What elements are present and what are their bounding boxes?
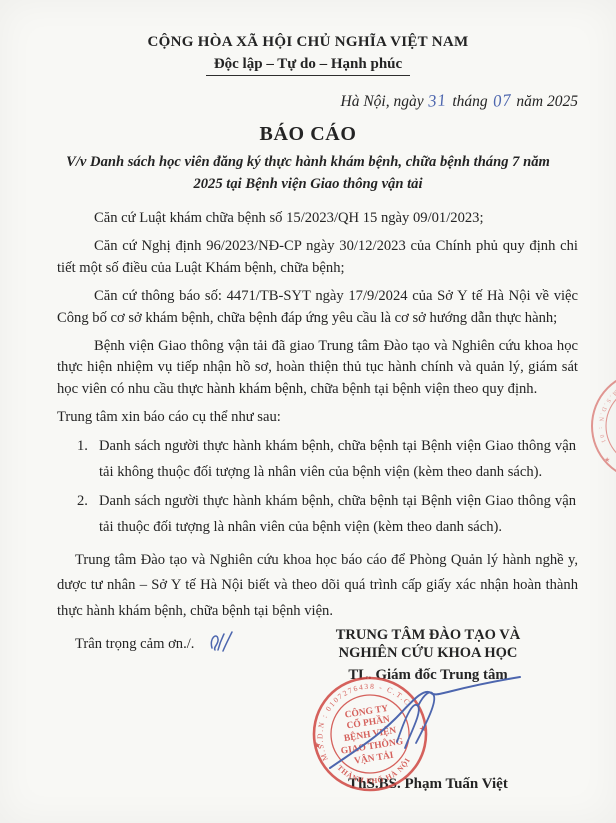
national-motto: Độc lập – Tự do – Hạnh phúc [206, 56, 410, 76]
dateline-year: năm 2025 [516, 93, 578, 110]
list-item-number: 1. [77, 433, 99, 486]
paragraph-legal-basis-2: Căn cứ Nghị định 96/2023/NĐ-CP ngày 30/1… [57, 236, 578, 279]
list-item-number: 2. [77, 488, 99, 541]
document-subject: V/v Danh sách học viên đăng ký thực hành… [0, 152, 616, 196]
paragraph-report-intro: Trung tâm xin báo cáo cụ thể như sau: [57, 407, 578, 428]
national-title: CỘNG HÒA XÃ HỘI CHỦ NGHĨA VIỆT NAM [0, 34, 616, 51]
partial-seal-stamp-edge: M.S.D.N : 01 ★ [582, 370, 616, 482]
handwritten-initial [204, 628, 248, 654]
dateline-place: Hà Nội, ngày [341, 93, 424, 110]
signature-org-line-1: TRUNG TÂM ĐÀO TẠO VÀ [316, 626, 540, 644]
paragraph-legal-basis-3: Căn cứ thông báo số: 4471/TB-SYT ngày 17… [57, 286, 578, 329]
paragraph-assignment: Bệnh viện Giao thông vận tải đã giao Tru… [57, 336, 578, 400]
handwritten-month: 07 [492, 90, 513, 112]
handwritten-signature [305, 656, 575, 786]
edge-stamp-star-icon: ★ [604, 456, 610, 464]
national-header: CỘNG HÒA XÃ HỘI CHỦ NGHĨA VIỆT NAM Độc l… [0, 34, 616, 76]
list-item: 1. Danh sách người thực hành khám bệnh, … [57, 433, 578, 486]
dateline-word-month: tháng [452, 93, 487, 110]
thanks-text: Trân trọng cảm ơn./. [75, 636, 194, 652]
list-item-text: Danh sách người thực hành khám bệnh, chữ… [99, 488, 578, 541]
document-title: BÁO CÁO [0, 123, 616, 146]
paragraph-closing: Trung tâm Đào tạo và Nghiên cứu khoa học… [57, 548, 578, 625]
list-item: 2. Danh sách người thực hành khám bệnh, … [57, 488, 578, 541]
motto-wrap: Độc lập – Tự do – Hạnh phúc [0, 55, 616, 76]
subject-line-2: 2025 tại Bệnh viện Giao thông vận tải [0, 174, 616, 196]
scanned-report-page: CỘNG HÒA XÃ HỘI CHỦ NGHĨA VIỆT NAM Độc l… [0, 0, 616, 823]
document-body: Căn cứ Luật khám chữa bệnh số 15/2023/QH… [57, 208, 578, 655]
dateline: Hà Nội, ngày 31 tháng 07 năm 2025 [0, 91, 616, 111]
handwritten-day: 31 [428, 90, 449, 112]
paragraph-legal-basis-1: Căn cứ Luật khám chữa bệnh số 15/2023/QH… [57, 208, 578, 229]
subject-line-1: V/v Danh sách học viên đăng ký thực hành… [0, 152, 616, 174]
list-item-text: Danh sách người thực hành khám bệnh, chữ… [99, 433, 578, 486]
numbered-list: 1. Danh sách người thực hành khám bệnh, … [57, 433, 578, 541]
